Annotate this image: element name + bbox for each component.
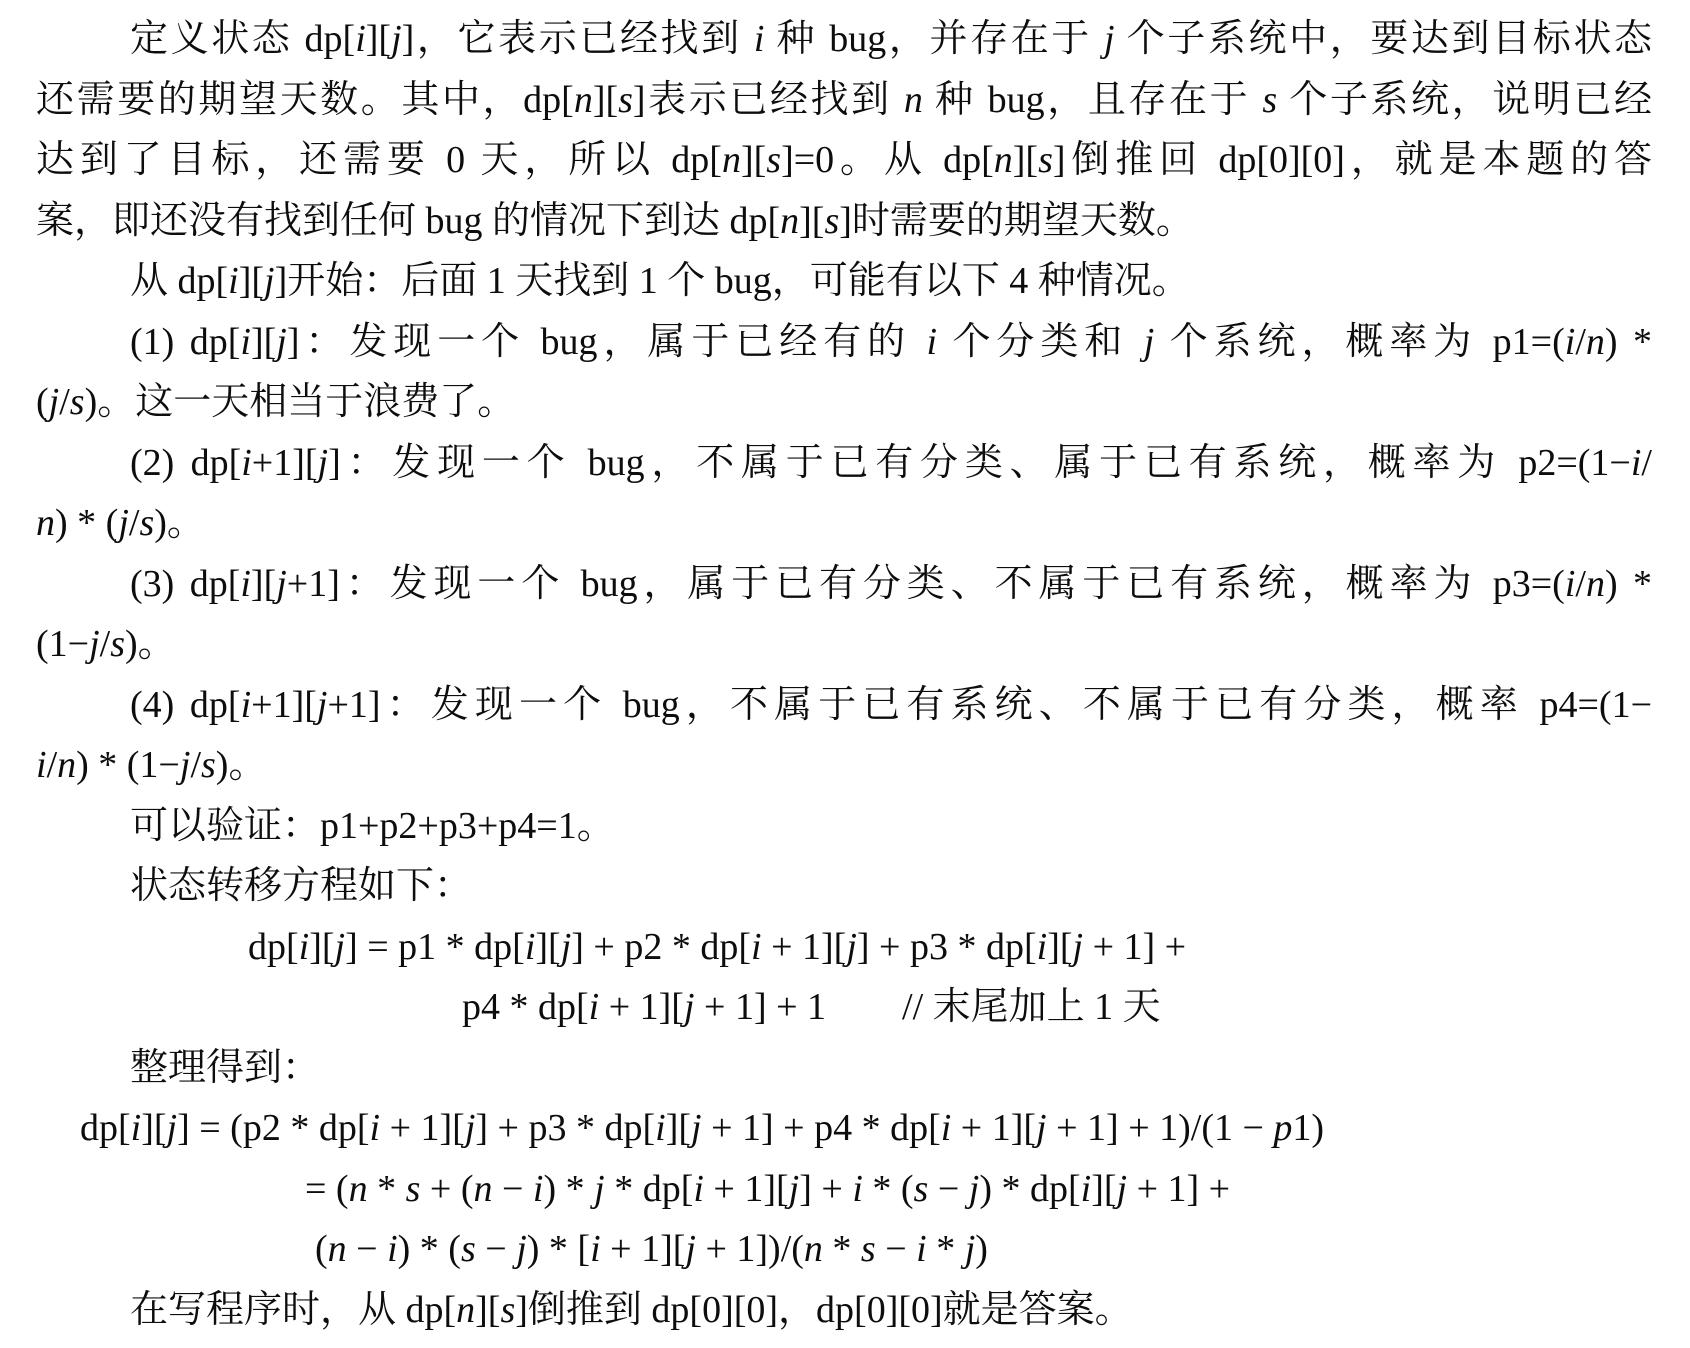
math-variable: n: [574, 79, 593, 121]
text-line-2: 还需要的期望天数。其中，dp[n][s]表示已经找到 n 种 bug，且存在于 …: [0, 70, 1690, 131]
text-run: ) * dp[: [979, 1168, 1080, 1210]
text-run: ) * (: [55, 502, 118, 544]
text-run: + 1][: [601, 1228, 686, 1270]
text-run: 从 dp[: [130, 260, 228, 302]
math-variable: n: [36, 502, 55, 544]
math-variable: i: [299, 926, 310, 968]
math-variable: s: [406, 1168, 421, 1210]
math-variable: s: [766, 139, 781, 181]
math-variable: s: [914, 1168, 929, 1210]
math-variable: i: [754, 18, 765, 60]
math-variable: j: [691, 1107, 702, 1149]
text-run: ][: [1013, 139, 1038, 181]
text-run: ][: [535, 926, 560, 968]
text-line-5: 从 dp[i][j]开始：后面 1 天找到 1 个 bug，可能有以下 4 种情…: [0, 251, 1690, 312]
math-variable: s: [1038, 139, 1053, 181]
text-line-8: (2) dp[i+1][j]：发现一个 bug，不属于已有分类、属于已有系统，概…: [0, 433, 1690, 494]
text-run: ] + p3 * dp[: [475, 1107, 655, 1149]
text-run: )。: [154, 502, 205, 544]
math-variable: n: [994, 139, 1013, 181]
math-variable: i: [355, 18, 366, 60]
math-variable: n: [473, 1168, 492, 1210]
text-run: 1): [1292, 1107, 1324, 1149]
math-variable: j: [89, 623, 100, 665]
math-variable: i: [241, 442, 252, 484]
math-variable: n: [804, 1228, 823, 1270]
text-line-19: dp[i][j] = (p2 * dp[i + 1][j] + p3 * dp[…: [0, 1098, 1690, 1159]
math-variable: j: [276, 321, 287, 363]
math-variable: i: [240, 321, 251, 363]
math-variable: j: [317, 684, 328, 726]
text-run: + 1] + 1 // 末尾加上 1 天: [695, 986, 1161, 1028]
math-variable: j: [969, 1168, 980, 1210]
math-variable: i: [1081, 1168, 1092, 1210]
math-variable: j: [180, 744, 191, 786]
text-run: 个子系统，说明已经: [1277, 79, 1652, 121]
text-run: ) *: [543, 1168, 594, 1210]
text-run: 个系统，概率为 p1=(: [1154, 321, 1565, 363]
math-variable: n: [1586, 321, 1605, 363]
math-variable: j: [561, 926, 572, 968]
text-run: ][: [666, 1107, 691, 1149]
text-run: 种 bug，且存在于: [923, 79, 1262, 121]
text-run: (: [36, 381, 49, 423]
text-line-9: n) * (j/s)。: [0, 493, 1690, 554]
text-run: dp[: [248, 926, 299, 968]
math-variable: j: [276, 563, 287, 605]
math-variable: s: [139, 502, 154, 544]
text-run: /: [59, 381, 70, 423]
text-run: 定义状态 dp[: [130, 18, 355, 60]
math-variable: j: [318, 442, 329, 484]
math-variable: i: [852, 1168, 863, 1210]
text-run: ][: [309, 926, 334, 968]
text-line-16: dp[i][j] = p1 * dp[i][j] + p2 * dp[i + 1…: [0, 917, 1690, 978]
text-run: /: [100, 623, 111, 665]
text-run: ]，它表示已经找到: [402, 18, 754, 60]
math-variable: i: [131, 1107, 142, 1149]
math-variable: i: [1037, 926, 1048, 968]
math-variable: i: [1631, 442, 1642, 484]
text-run: ][: [1047, 926, 1072, 968]
text-run: ][: [251, 563, 276, 605]
text-run: /: [1575, 321, 1586, 363]
math-variable: j: [335, 926, 346, 968]
text-run: dp[: [80, 1107, 131, 1149]
math-variable: j: [846, 926, 857, 968]
text-line-6: (1) dp[i][j]：发现一个 bug，属于已经有的 i 个分类和 j 个系…: [0, 312, 1690, 373]
text-run: ) *: [1605, 321, 1652, 363]
math-variable: j: [465, 1107, 476, 1149]
text-run: ][: [366, 18, 391, 60]
text-run: /: [129, 502, 140, 544]
text-run: + 1])/(: [696, 1228, 804, 1270]
text-run: ][: [799, 200, 824, 242]
math-variable: n: [456, 1289, 475, 1331]
text-run: ]：发现一个 bug，不属于已有分类、属于已有系统，概率为 p2=(1−: [328, 442, 1631, 484]
text-run: ) * (1−: [76, 744, 180, 786]
text-run: −: [928, 1168, 968, 1210]
math-variable: n: [328, 1228, 347, 1270]
math-variable: n: [57, 744, 76, 786]
text-run: (1) dp[: [130, 321, 240, 363]
text-run: *: [927, 1228, 965, 1270]
text-run: + 1][: [951, 1107, 1036, 1149]
math-variable: i: [751, 926, 762, 968]
text-run: ][: [1091, 1168, 1116, 1210]
text-run: /: [1575, 563, 1586, 605]
text-run: 个子系统中，要达到目标状态: [1115, 18, 1652, 60]
math-variable: n: [904, 79, 923, 121]
math-variable: i: [533, 1168, 544, 1210]
text-line-15: 状态转移方程如下：: [0, 856, 1690, 917]
text-line-11: (1−j/s)。: [0, 614, 1690, 675]
text-run: 达到了目标，还需要 0 天，所以 dp[: [36, 139, 722, 181]
text-run: 可以验证：p1+p2+p3+p4=1。: [130, 805, 615, 847]
math-variable: i: [590, 1228, 601, 1270]
text-line-10: (3) dp[i][j+1]：发现一个 bug，属于已有分类、不属于已有系统，概…: [0, 554, 1690, 615]
text-run: + 1][: [380, 1107, 465, 1149]
math-variable: s: [70, 381, 85, 423]
text-run: (: [315, 1228, 328, 1270]
text-run: +1]：发现一个 bug，属于已有分类、不属于已有系统，概率为 p3=(: [287, 563, 1565, 605]
math-variable: s: [618, 79, 633, 121]
text-run: (3) dp[: [130, 563, 240, 605]
text-run: ][: [593, 79, 618, 121]
text-run: +1][: [251, 684, 317, 726]
document-page: 定义状态 dp[i][j]，它表示已经找到 i 种 bug，并存在于 j 个子系…: [0, 0, 1690, 1348]
text-run: ): [975, 1228, 988, 1270]
text-run: /: [47, 744, 58, 786]
math-variable: s: [500, 1289, 515, 1331]
text-run: (1−: [36, 623, 89, 665]
text-run: ]倒推回 dp[0][0]，就是本题的答: [1053, 139, 1652, 181]
text-run: (2) dp[: [130, 442, 241, 484]
text-run: 状态转移方程如下：: [130, 865, 472, 907]
text-run: )。: [216, 744, 267, 786]
math-variable: j: [118, 502, 129, 544]
text-run: + 1][: [704, 1168, 789, 1210]
text-run: ) * [: [527, 1228, 590, 1270]
text-run: +1][: [252, 442, 318, 484]
text-run: ] = (p2 * dp[: [177, 1107, 369, 1149]
math-variable: j: [516, 1228, 527, 1270]
math-variable: j: [1117, 1168, 1128, 1210]
math-variable: i: [1565, 563, 1576, 605]
math-variable: i: [1565, 321, 1576, 363]
math-variable: s: [861, 1228, 876, 1270]
text-run: −: [492, 1168, 532, 1210]
math-variable: i: [693, 1168, 704, 1210]
math-variable: j: [264, 260, 275, 302]
text-run: /: [190, 744, 201, 786]
text-line-18: 整理得到：: [0, 1038, 1690, 1099]
text-run: ) *: [1605, 563, 1652, 605]
math-variable: n: [780, 200, 799, 242]
text-run: ] +: [799, 1168, 852, 1210]
text-run: 在写程序时，从 dp[: [130, 1289, 456, 1331]
text-run: * (: [863, 1168, 914, 1210]
text-run: ]开始：后面 1 天找到 1 个 bug，可能有以下 4 种情况。: [275, 260, 1190, 302]
text-run: ][: [251, 321, 276, 363]
text-run: ] + p2 * dp[: [571, 926, 751, 968]
math-variable: j: [684, 986, 695, 1028]
text-run: ][: [741, 139, 766, 181]
math-variable: j: [1104, 18, 1115, 60]
text-run: 案，即还没有找到任何 bug 的情况下到达 dp[: [36, 200, 780, 242]
math-variable: j: [1073, 926, 1084, 968]
text-line-20: = (n * s + (n − i) * j * dp[i + 1][j] + …: [0, 1159, 1690, 1220]
math-variable: i: [370, 1107, 381, 1149]
math-variable: s: [461, 1228, 476, 1270]
text-run: * dp[: [605, 1168, 694, 1210]
math-variable: i: [240, 563, 251, 605]
text-run: /: [1641, 442, 1652, 484]
text-line-1: 定义状态 dp[i][j]，它表示已经找到 i 种 bug，并存在于 j 个子系…: [0, 9, 1690, 70]
text-run: p4 * dp[: [462, 986, 589, 1028]
text-run: + 1] +: [1083, 926, 1186, 968]
text-run: ] = p1 * dp[: [345, 926, 525, 968]
math-variable: p: [1273, 1107, 1292, 1149]
text-line-12: (4) dp[i+1][j+1]：发现一个 bug，不属于已有系统、不属于已有分…: [0, 675, 1690, 736]
math-variable: i: [525, 926, 536, 968]
text-run: ][: [475, 1289, 500, 1331]
text-run: ]=0。从 dp[: [781, 139, 994, 181]
text-run: ) * (: [398, 1228, 461, 1270]
math-variable: i: [241, 684, 252, 726]
math-variable: s: [110, 623, 125, 665]
text-run: (4) dp[: [130, 684, 241, 726]
text-line-4: 案，即还没有找到任何 bug 的情况下到达 dp[n][s]时需要的期望天数。: [0, 191, 1690, 252]
text-run: ]时需要的期望天数。: [839, 200, 1194, 242]
math-variable: i: [916, 1228, 927, 1270]
text-run: + 1][: [762, 926, 847, 968]
text-run: )。: [125, 623, 176, 665]
text-run: ][: [239, 260, 264, 302]
text-run: ] + p3 * dp[: [857, 926, 1037, 968]
math-variable: i: [387, 1228, 398, 1270]
text-run: −: [476, 1228, 516, 1270]
math-variable: j: [594, 1168, 605, 1210]
text-line-17: p4 * dp[i + 1][j + 1] + 1 // 末尾加上 1 天: [0, 977, 1690, 1038]
math-variable: i: [941, 1107, 952, 1149]
text-run: )。这一天相当于浪费了。: [85, 381, 516, 423]
math-variable: i: [927, 321, 938, 363]
text-line-13: i/n) * (1−j/s)。: [0, 735, 1690, 796]
math-variable: i: [228, 260, 239, 302]
text-run: + 1][: [599, 986, 684, 1028]
text-run: + 1] +: [1127, 1168, 1230, 1210]
text-line-7: (j/s)。这一天相当于浪费了。: [0, 372, 1690, 433]
text-run: = (: [305, 1168, 349, 1210]
text-run: ]表示已经找到: [633, 79, 904, 121]
text-run: ]：发现一个 bug，属于已经有的: [287, 321, 927, 363]
math-variable: n: [722, 139, 741, 181]
text-run: 种 bug，并存在于: [764, 18, 1104, 60]
text-run: ]倒推到 dp[0][0]，dp[0][0]就是答案。: [515, 1289, 1132, 1331]
text-run: −: [876, 1228, 916, 1270]
math-variable: n: [1586, 563, 1605, 605]
math-variable: i: [655, 1107, 666, 1149]
math-variable: j: [1036, 1107, 1047, 1149]
math-variable: n: [349, 1168, 368, 1210]
text-run: *: [368, 1168, 406, 1210]
text-run: −: [347, 1228, 387, 1270]
text-run: 整理得到：: [130, 1047, 320, 1089]
text-run: +1]：发现一个 bug，不属于已有系统、不属于已有分类，概率 p4=(1−: [327, 684, 1652, 726]
math-variable: j: [789, 1168, 800, 1210]
text-run: + 1] + 1)/(1 −: [1047, 1107, 1274, 1149]
math-variable: i: [589, 986, 600, 1028]
text-run: *: [823, 1228, 861, 1270]
text-run: ][: [141, 1107, 166, 1149]
math-variable: i: [36, 744, 47, 786]
text-run: + (: [420, 1168, 473, 1210]
math-variable: j: [965, 1228, 976, 1270]
text-run: 还需要的期望天数。其中，dp[: [36, 79, 574, 121]
math-variable: j: [685, 1228, 696, 1270]
math-variable: s: [1262, 79, 1277, 121]
math-variable: j: [391, 18, 402, 60]
math-variable: j: [49, 381, 60, 423]
math-variable: s: [824, 200, 839, 242]
math-variable: j: [1144, 321, 1155, 363]
text-run: 个分类和: [937, 321, 1144, 363]
math-variable: s: [201, 744, 216, 786]
text-line-22: 在写程序时，从 dp[n][s]倒推到 dp[0][0]，dp[0][0]就是答…: [0, 1280, 1690, 1341]
text-line-3: 达到了目标，还需要 0 天，所以 dp[n][s]=0。从 dp[n][s]倒推…: [0, 130, 1690, 191]
math-variable: j: [167, 1107, 178, 1149]
text-run: + 1] + p4 * dp[: [702, 1107, 941, 1149]
text-line-14: 可以验证：p1+p2+p3+p4=1。: [0, 796, 1690, 857]
text-line-21: (n − i) * (s − j) * [i + 1][j + 1])/(n *…: [0, 1219, 1690, 1280]
